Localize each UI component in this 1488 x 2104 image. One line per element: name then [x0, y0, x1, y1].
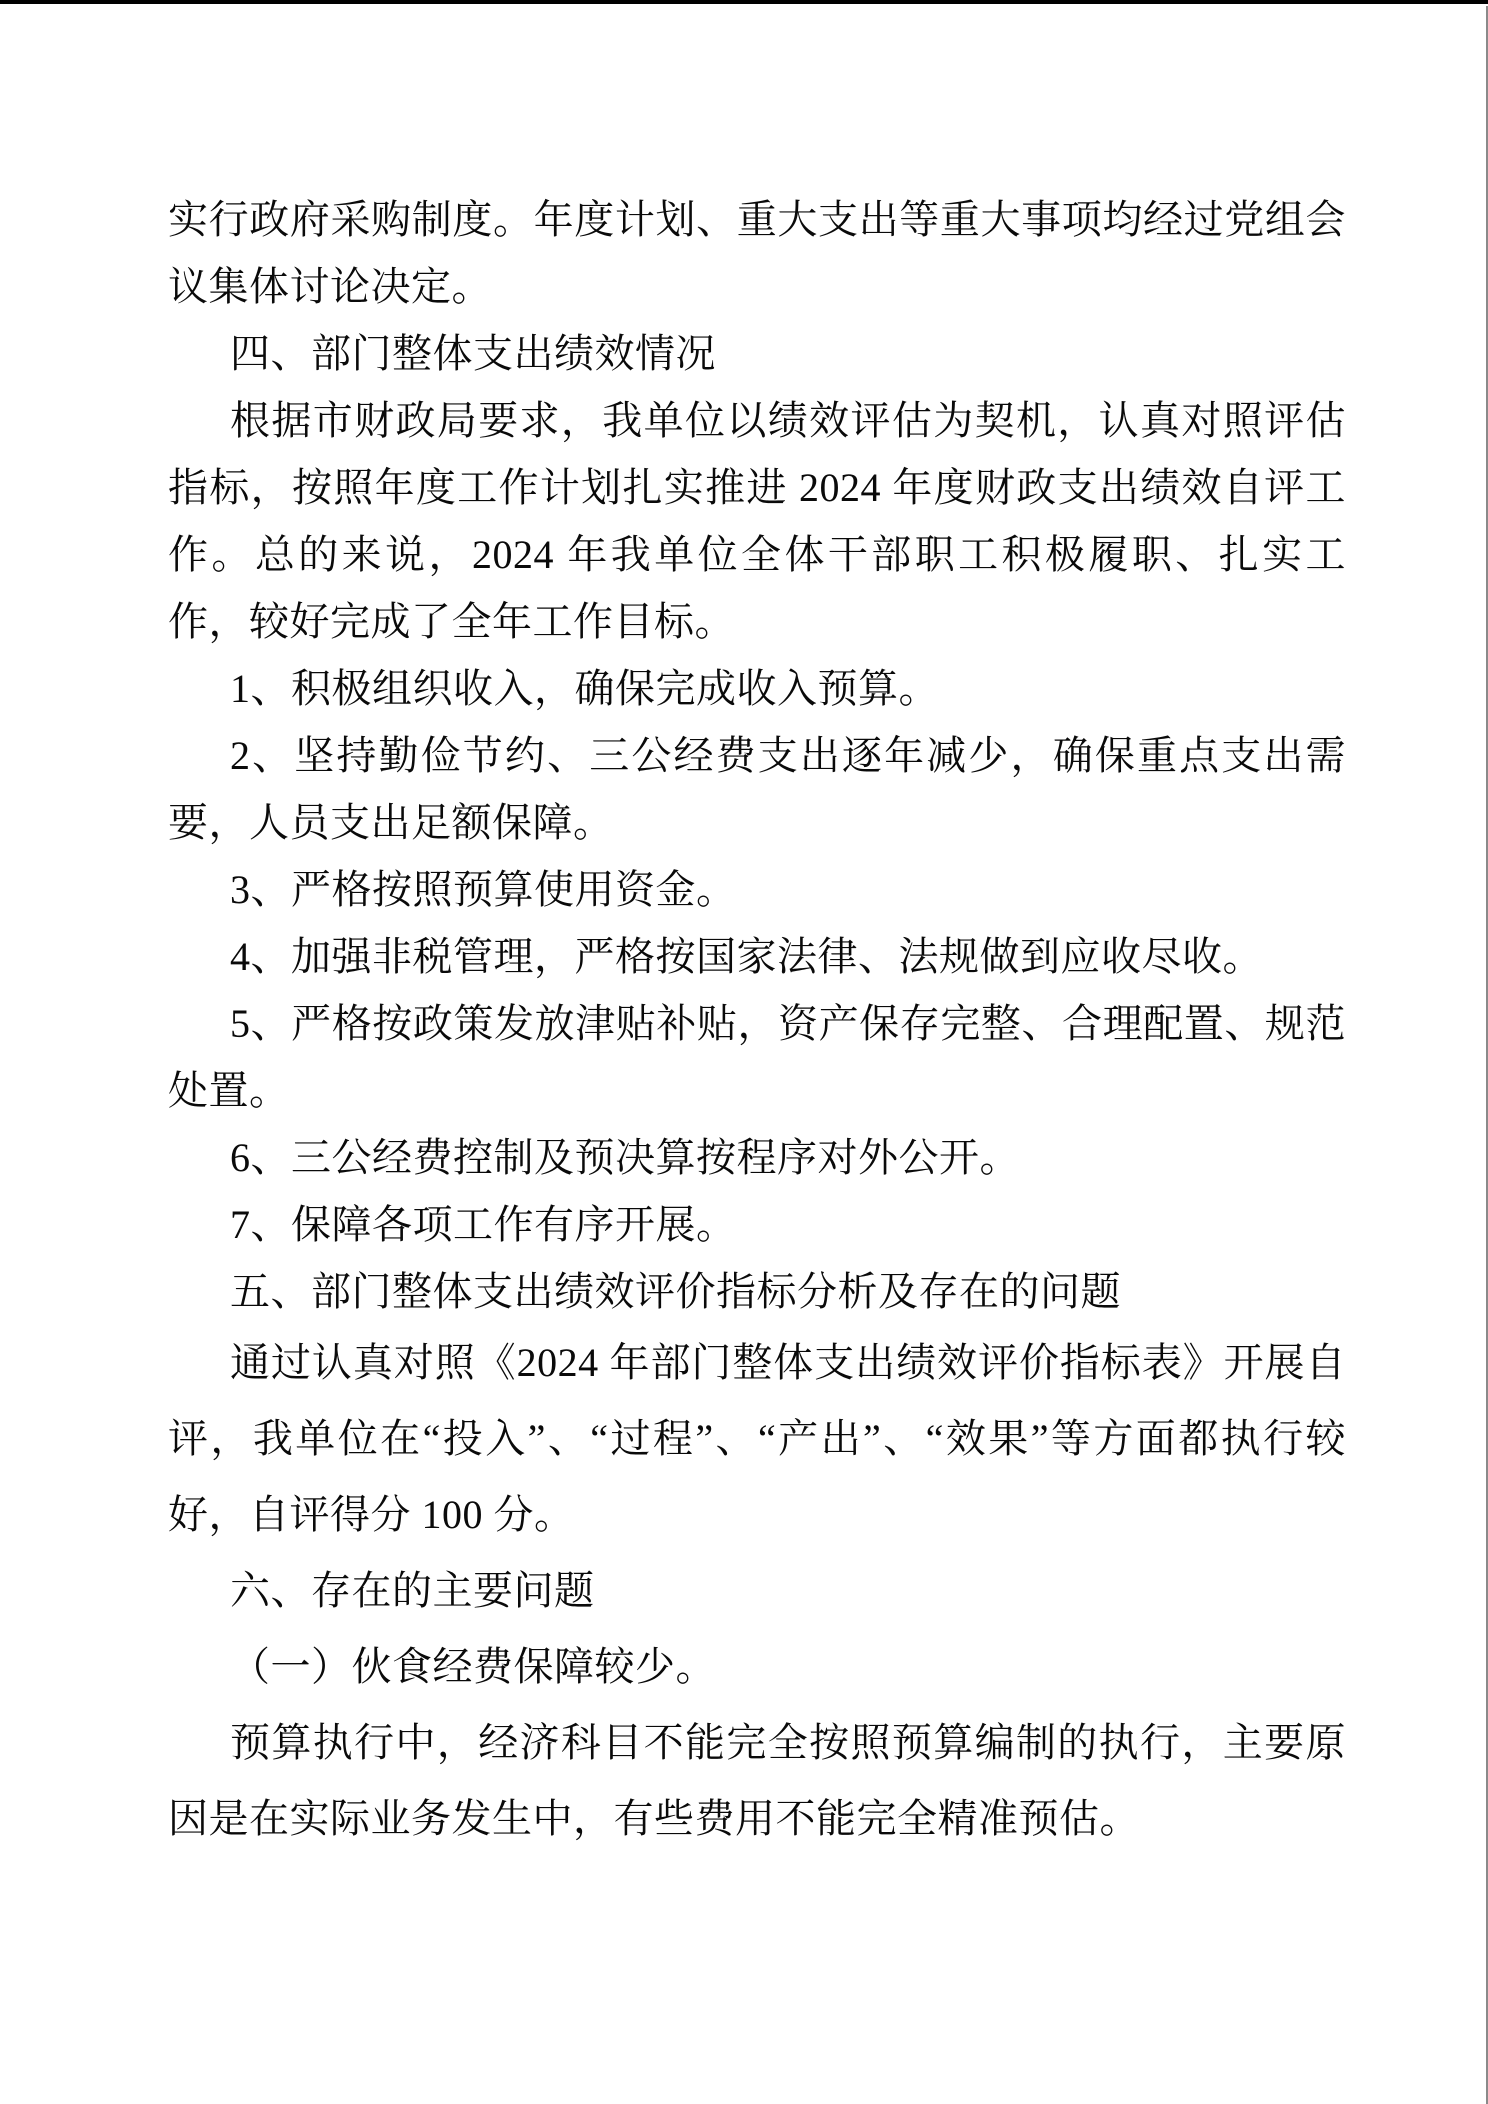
- list-item-5: 5、严格按政策发放津贴补贴，资产保存完整、合理配置、规范处置。: [168, 990, 1346, 1124]
- section-heading-6: 六、存在的主要问题: [168, 1553, 1346, 1629]
- section-heading-5: 五、部门整体支出绩效评价指标分析及存在的问题: [168, 1258, 1346, 1325]
- list-item-4: 4、加强非税管理，严格按国家法律、法规做到应收尽收。: [168, 923, 1346, 990]
- subsection-heading: （一）伙食经费保障较少。: [168, 1629, 1346, 1705]
- list-item-2: 2、坚持勤俭节约、三公经费支出逐年减少，确保重点支出需要，人员支出足额保障。: [168, 722, 1346, 856]
- page-top-border: [0, 0, 1488, 4]
- paragraph: 预算执行中，经济科目不能完全按照预算编制的执行，主要原因是在实际业务发生中，有些…: [168, 1705, 1346, 1857]
- list-item-6: 6、三公经费控制及预决算按程序对外公开。: [168, 1124, 1346, 1191]
- document-page: 实行政府采购制度。年度计划、重大支出等重大事项均经过党组会议集体讨论决定。 四、…: [0, 0, 1488, 2104]
- paragraph-continuation: 实行政府采购制度。年度计划、重大支出等重大事项均经过党组会议集体讨论决定。: [168, 186, 1346, 320]
- paragraph: 通过认真对照《2024 年部门整体支出绩效评价指标表》开展自评，我单位在“投入”…: [168, 1325, 1346, 1553]
- list-item-3: 3、严格按照预算使用资金。: [168, 856, 1346, 923]
- list-item-1: 1、积极组织收入，确保完成收入预算。: [168, 655, 1346, 722]
- section-heading-4: 四、部门整体支出绩效情况: [168, 320, 1346, 387]
- paragraph: 根据市财政局要求，我单位以绩效评估为契机，认真对照评估指标，按照年度工作计划扎实…: [168, 387, 1346, 655]
- list-item-7: 7、保障各项工作有序开展。: [168, 1191, 1346, 1258]
- document-body: 实行政府采购制度。年度计划、重大支出等重大事项均经过党组会议集体讨论决定。 四、…: [168, 186, 1346, 1857]
